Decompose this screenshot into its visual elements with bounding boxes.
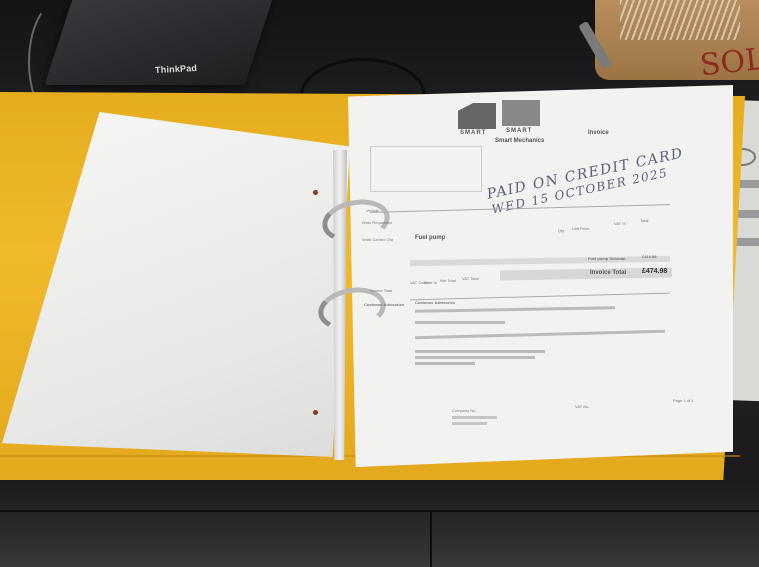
section-label: Invoice Total: [370, 288, 392, 293]
advisory-text: [415, 321, 505, 324]
footer-company-number: Company No.: [452, 408, 476, 413]
desk-seam: [0, 510, 759, 512]
vat-header: Rate %: [424, 280, 437, 285]
advisories-heading: Customer Advisories: [415, 300, 455, 305]
logo-text: SMART: [506, 128, 532, 134]
column-header: VAT %: [614, 221, 626, 226]
invoice-title: Invoice: [588, 130, 609, 136]
column-header: Unit Price: [572, 226, 589, 231]
footer-vat-number: VAT No.: [575, 404, 589, 409]
logo-mark-icon: [502, 100, 540, 126]
logo-text: SMART: [460, 130, 486, 136]
desk-front: [0, 480, 759, 567]
section-label: Work Carried Out: [362, 237, 393, 242]
section-label: Customer Advisories: [364, 302, 404, 307]
drawer-gap: [430, 510, 432, 567]
advisory-text: [415, 306, 615, 312]
subtotal-label: Fuel pump Subtotal: [588, 256, 625, 261]
logo-mark-icon: [458, 103, 496, 129]
string-bundle: [620, 0, 740, 40]
work-item: Fuel pump: [415, 235, 445, 241]
terms-text: [415, 330, 665, 340]
subtotal-value: £414.98: [642, 254, 656, 259]
punch-hole: [313, 410, 318, 415]
invoice-total-value: £474.98: [642, 268, 667, 275]
bank-details-text: [415, 362, 475, 365]
customer-address-box: [370, 146, 482, 192]
bank-details-text: [415, 350, 545, 353]
footer-text: [452, 416, 497, 419]
footer-text: [452, 422, 487, 425]
column-header: Qty: [558, 228, 564, 233]
invoice-total-label: Invoice Total: [590, 270, 626, 276]
punch-hole: [313, 190, 318, 195]
subtotal-bar: [410, 256, 670, 267]
company-name: Smart Mechanics: [495, 138, 544, 144]
vat-header: VAT Total: [462, 276, 479, 281]
section-label: Vehicle: [366, 208, 379, 213]
page-number: Page 1 of 1: [673, 398, 693, 403]
bank-details-text: [415, 356, 535, 359]
invoice-page: SMART SMART Smart Mechanics Invoice PAID…: [360, 88, 720, 433]
section-label: Work Requested: [362, 220, 392, 225]
vat-header: Net Total: [440, 278, 456, 283]
column-header: Total: [640, 218, 648, 223]
box-marking: SOL: [698, 42, 759, 84]
